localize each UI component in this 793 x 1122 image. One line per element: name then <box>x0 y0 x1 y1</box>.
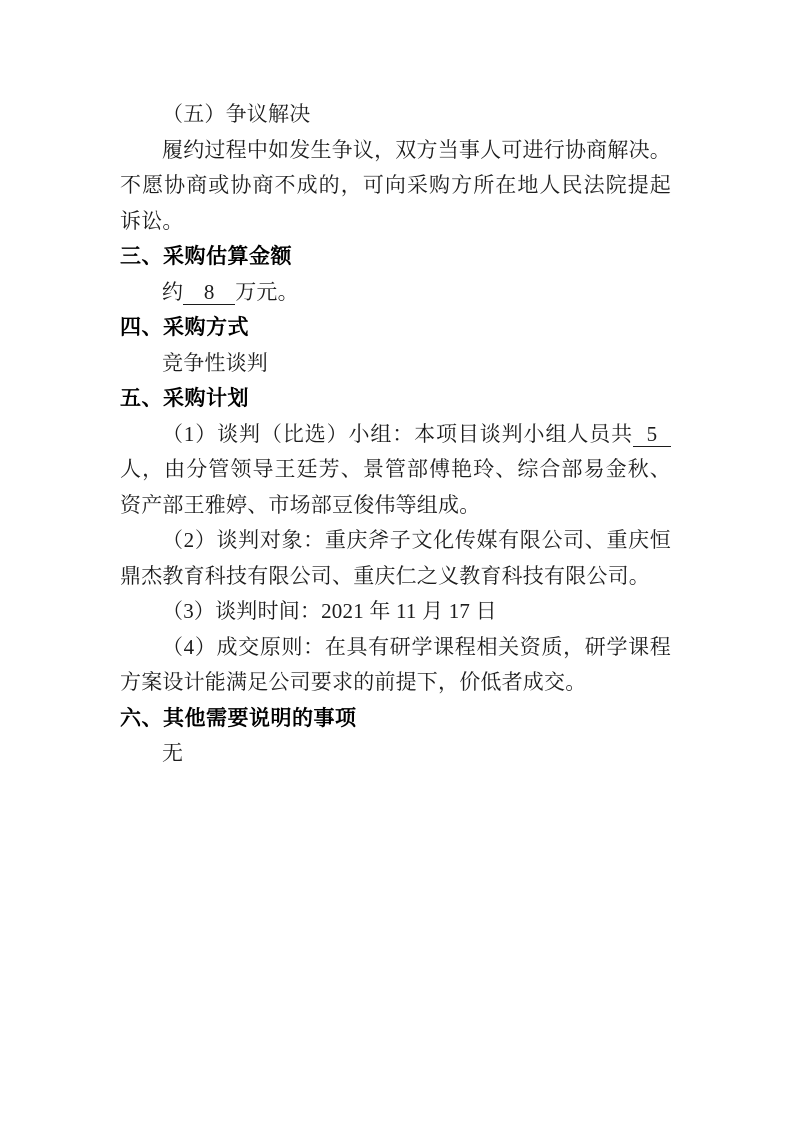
paragraph-estimated-amount: 约8万元。 <box>120 275 671 311</box>
estimated-amount-blank-value: 8 <box>183 281 235 305</box>
paragraph-negotiation-time: （3）谈判时间：2021 年 11 月 17 日 <box>120 594 671 630</box>
heading-estimated-amount: 三、采购估算金额 <box>120 239 671 275</box>
subheading-dispute-resolution: （五）争议解决 <box>120 97 671 133</box>
document-content: （五）争议解决 履约过程中如发生争议，双方当事人可进行协商解决。不愿协商或协商不… <box>120 97 671 772</box>
paragraph-negotiation-team: （1）谈判（比选）小组：本项目谈判小组人员共5人，由分管领导王廷芳、景管部傅艳玲… <box>120 417 671 524</box>
paragraph-award-principle: （4）成交原则：在具有研学课程相关资质，研学课程方案设计能满足公司要求的前提下，… <box>120 630 671 701</box>
paragraph-procurement-method: 竞争性谈判 <box>120 346 671 382</box>
document-page: （五）争议解决 履约过程中如发生争议，双方当事人可进行协商解决。不愿协商或协商不… <box>0 0 793 1122</box>
paragraph-other-matters: 无 <box>120 736 671 772</box>
paragraph-negotiation-targets: （2）谈判对象：重庆斧子文化传媒有限公司、重庆恒鼎杰教育科技有限公司、重庆仁之义… <box>120 523 671 594</box>
paragraph-dispute-resolution: 履约过程中如发生争议，双方当事人可进行协商解决。不愿协商或协商不成的，可向采购方… <box>120 133 671 240</box>
negotiation-team-count-blank: 5 <box>633 423 671 447</box>
heading-other-matters: 六、其他需要说明的事项 <box>120 701 671 737</box>
negotiation-team-suffix: 人，由分管领导王廷芳、景管部傅艳玲、综合部易金秋、资产部王雅婷、市场部豆俊伟等组… <box>120 457 671 517</box>
estimated-amount-prefix: 约 <box>162 280 183 304</box>
heading-procurement-plan: 五、采购计划 <box>120 381 671 417</box>
estimated-amount-suffix: 万元。 <box>235 280 299 304</box>
negotiation-team-prefix: （1）谈判（比选）小组：本项目谈判小组人员共 <box>162 422 633 446</box>
heading-procurement-method: 四、采购方式 <box>120 310 671 346</box>
